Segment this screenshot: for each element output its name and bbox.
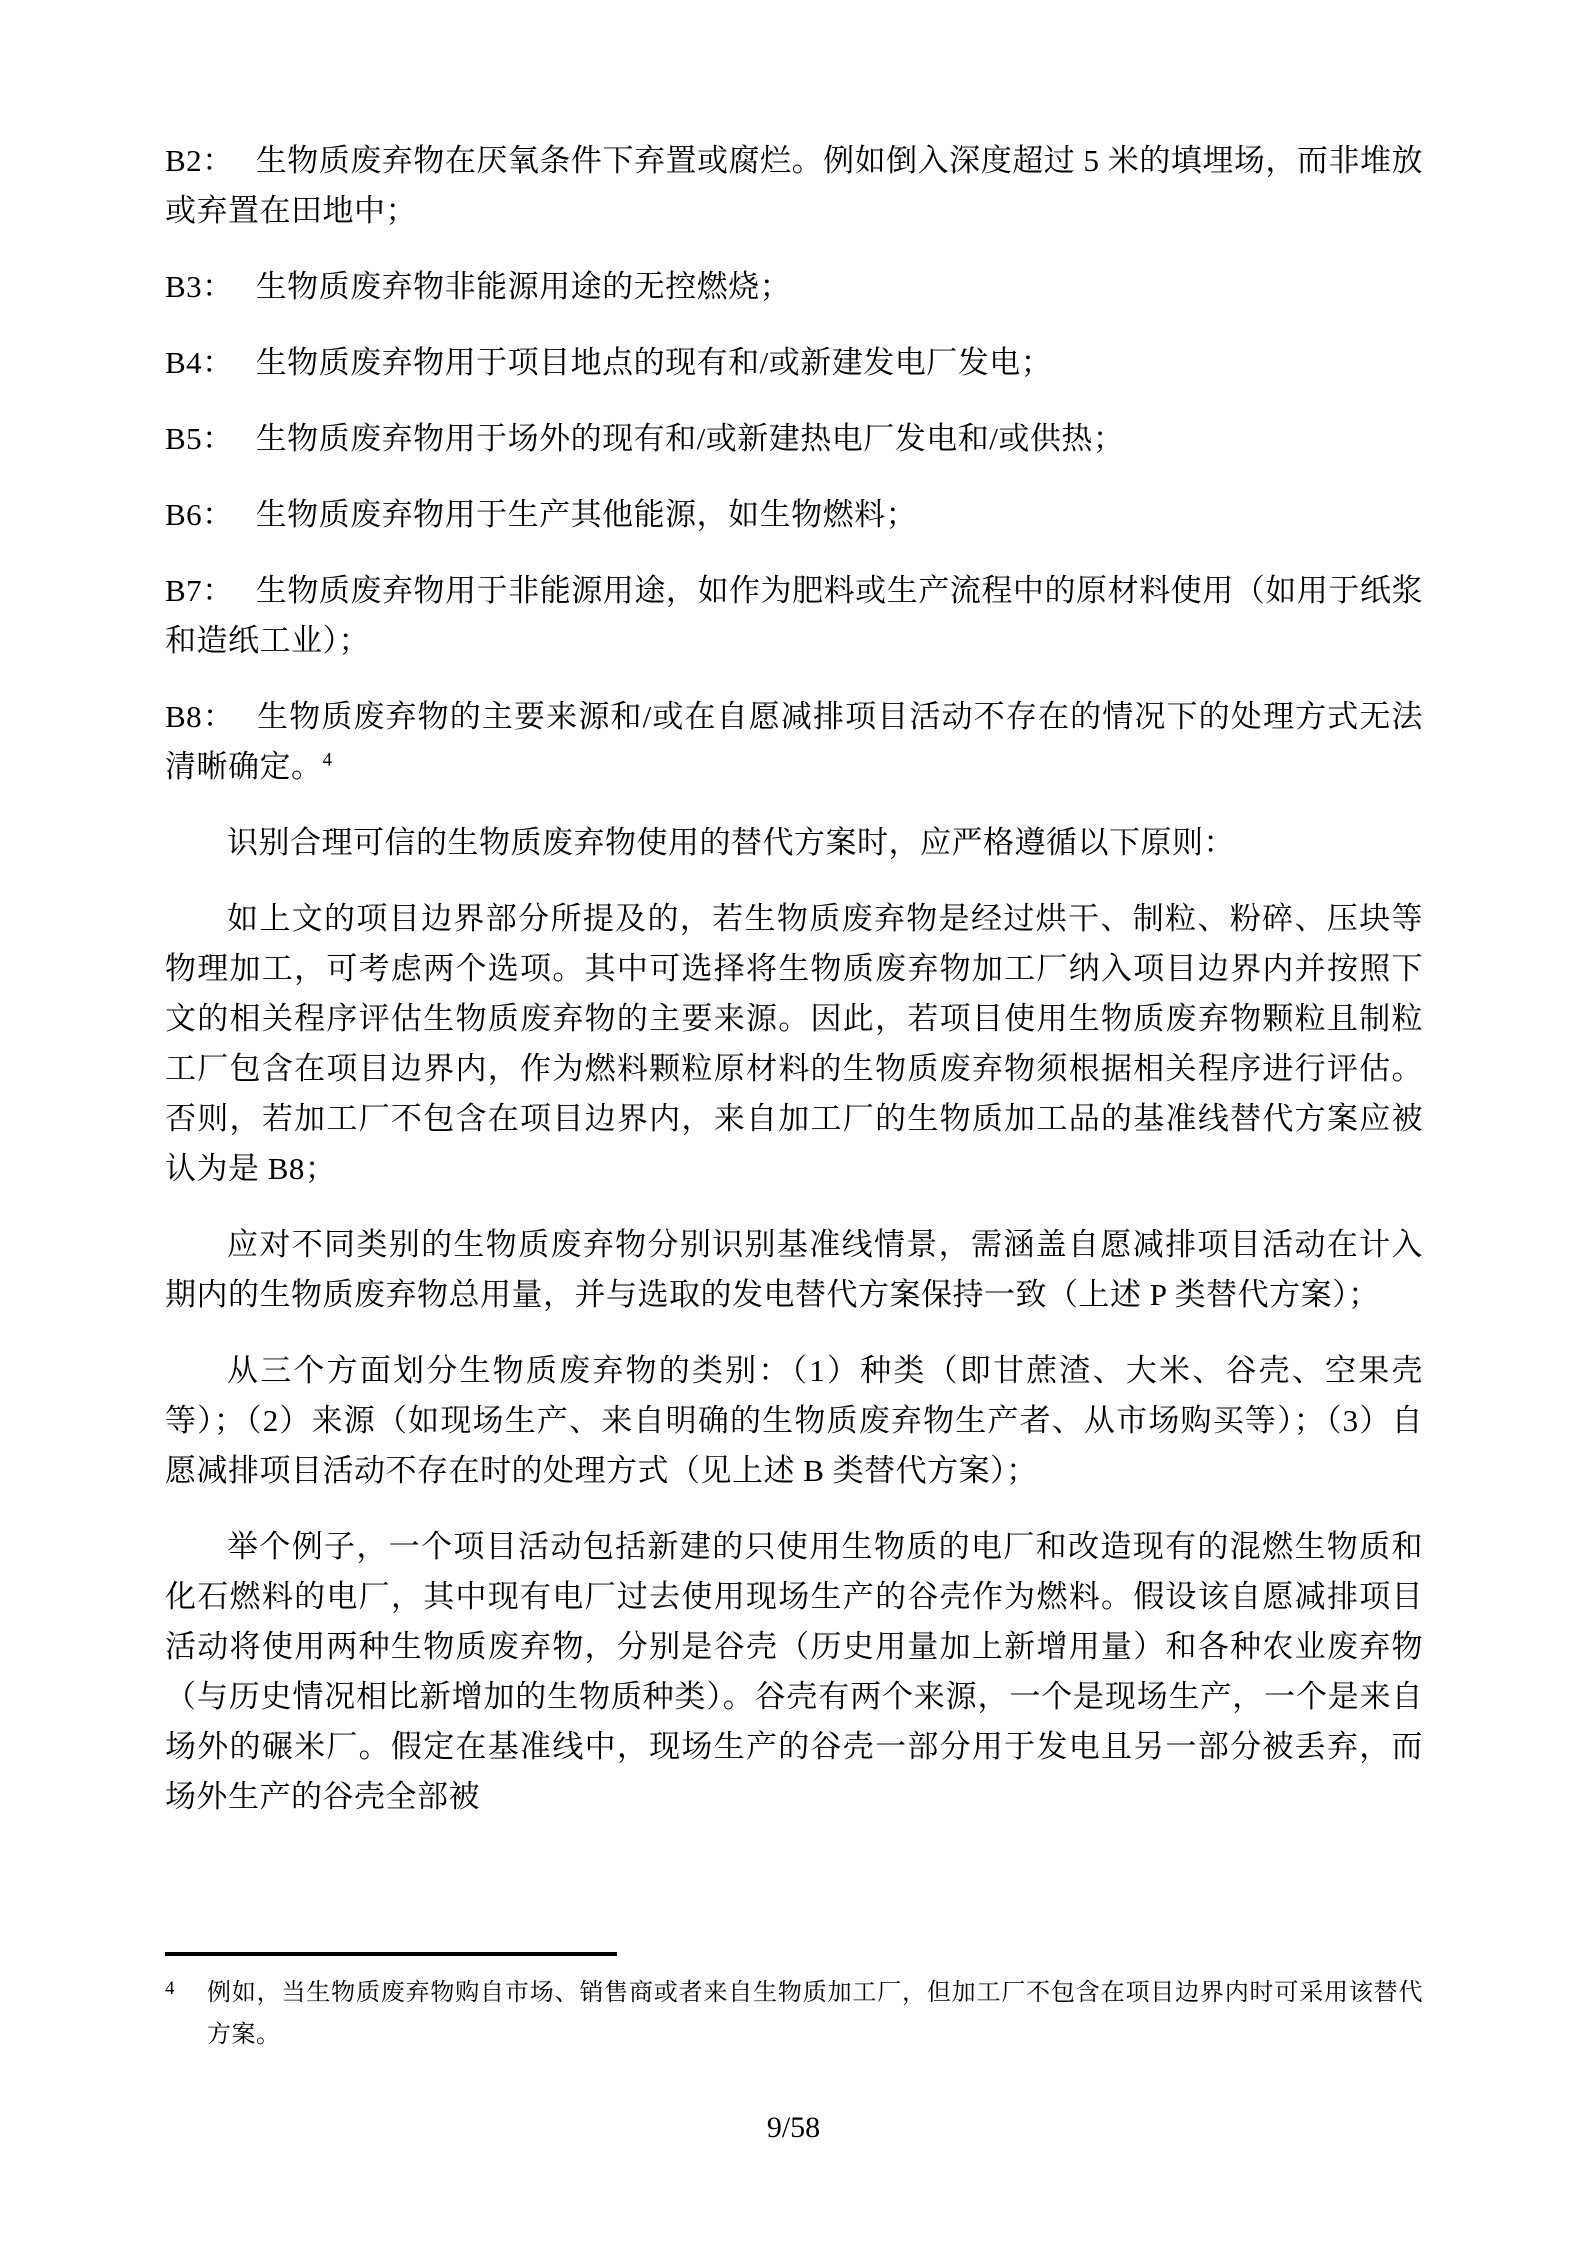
paragraph-example: 举个例子，一个项目活动包括新建的只使用生物质的电厂和改造现有的混燃生物质和化石燃…: [165, 1522, 1423, 1822]
list-item-label: B7：: [165, 573, 234, 608]
paragraph-principles-intro: 识别合理可信的生物质废弃物使用的替代方案时，应严格遵循以下原则：: [165, 818, 1423, 868]
paragraph-baseline-scenarios: 应对不同类别的生物质废弃物分别识别基准线情景，需涵盖自愿减排项目活动在计入期内的…: [165, 1220, 1423, 1320]
list-item-text: 生物质废弃物用于非能源用途，如作为肥料或生产流程中的原材料使用（如用于纸浆和造纸…: [165, 573, 1423, 658]
list-item-label: B3：: [165, 269, 234, 304]
list-item-b2: B2：生物质废弃物在厌氧条件下弃置或腐烂。例如倒入深度超过 5 米的填埋场，而非…: [165, 136, 1423, 236]
list-item-text: 生物质废弃物用于场外的现有和/或新建热电厂发电和/或供热；: [256, 421, 1125, 456]
list-item-text: 生物质废弃物用于生产其他能源，如生物燃料；: [256, 497, 918, 532]
main-text-block: B2：生物质废弃物在厌氧条件下弃置或腐烂。例如倒入深度超过 5 米的填埋场，而非…: [165, 136, 1423, 1848]
list-item-b5: B5：生物质废弃物用于场外的现有和/或新建热电厂发电和/或供热；: [165, 414, 1423, 464]
document-page: B2：生物质废弃物在厌氧条件下弃置或腐烂。例如倒入深度超过 5 米的填埋场，而非…: [0, 0, 1587, 2245]
footnote-text: 例如，当生物质废弃物购自市场、销售商或者来自生物质加工厂，但加工厂不包含在项目边…: [207, 1972, 1423, 2056]
footnote-marker: 4: [165, 1972, 207, 2004]
paragraph-project-boundary: 如上文的项目边界部分所提及的，若生物质废弃物是经过烘干、制粒、粉碎、压块等物理加…: [165, 894, 1423, 1194]
list-item-label: B4：: [165, 345, 234, 380]
list-item-b7: B7：生物质废弃物用于非能源用途，如作为肥料或生产流程中的原材料使用（如用于纸浆…: [165, 566, 1423, 666]
footnote-reference-mark: 4: [323, 750, 333, 771]
list-item-label: B6：: [165, 497, 234, 532]
footnote-separator-rule: [165, 1952, 617, 1956]
page-number: 9/58: [0, 2108, 1587, 2148]
list-item-text: 生物质废弃物非能源用途的无控燃烧；: [256, 269, 792, 304]
list-item-label: B2：: [165, 143, 234, 178]
list-item-text: 生物质废弃物的主要来源和/或在自愿减排项目活动不存在的情况下的处理方式无法清晰确…: [165, 699, 1423, 784]
footnote-area: 4 例如，当生物质废弃物购自市场、销售商或者来自生物质加工厂，但加工厂不包含在项…: [165, 1952, 1423, 2056]
list-item-label: B5：: [165, 421, 234, 456]
list-item-b3: B3：生物质废弃物非能源用途的无控燃烧；: [165, 262, 1423, 312]
list-item-b4: B4：生物质废弃物用于项目地点的现有和/或新建发电厂发电；: [165, 338, 1423, 388]
list-item-label: B8：: [165, 699, 235, 734]
paragraph-three-categories: 从三个方面划分生物质废弃物的类别：（1）种类（即甘蔗渣、大米、谷壳、空果壳等）；…: [165, 1346, 1423, 1496]
list-item-b8: B8：生物质废弃物的主要来源和/或在自愿减排项目活动不存在的情况下的处理方式无法…: [165, 692, 1423, 792]
list-item-text: 生物质废弃物在厌氧条件下弃置或腐烂。例如倒入深度超过 5 米的填埋场，而非堆放或…: [165, 143, 1423, 228]
list-item-b6: B6：生物质废弃物用于生产其他能源，如生物燃料；: [165, 490, 1423, 540]
list-item-text: 生物质废弃物用于项目地点的现有和/或新建发电厂发电；: [256, 345, 1053, 380]
